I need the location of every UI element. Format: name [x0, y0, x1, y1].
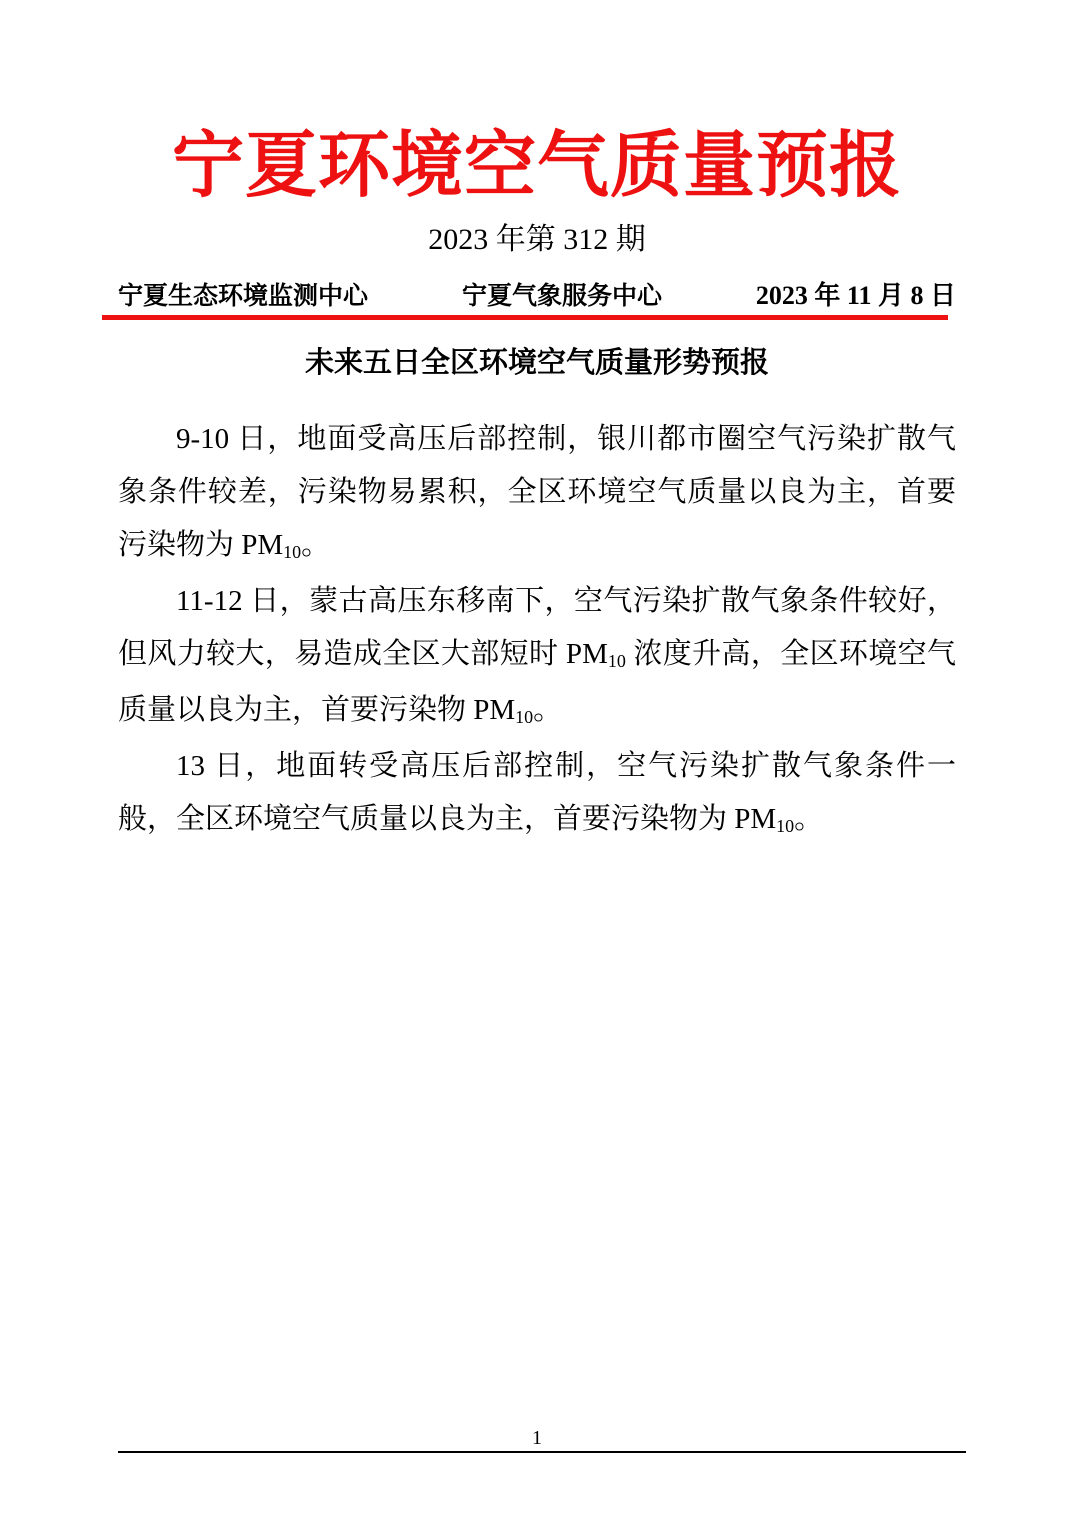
- header-red-rule: [102, 315, 948, 320]
- issue-date: 2023 年 11 月 8 日: [756, 280, 956, 311]
- document-page: 宁夏环境空气质量预报 2023 年第 312 期 宁夏生态环境监测中心 宁夏气象…: [0, 0, 1074, 1520]
- text-run: 。: [301, 529, 330, 561]
- page-number: 1: [0, 1427, 1074, 1449]
- forecast-paragraph-2: 11-12 日，蒙古高压东移南下，空气污染扩散气象条件较好，但风力较大，易造成全…: [118, 575, 956, 740]
- text-run: 。: [533, 694, 562, 726]
- subscript-text: 10: [776, 816, 794, 836]
- org-weather-service-center: 宁夏气象服务中心: [462, 281, 662, 311]
- subscript-text: 10: [515, 707, 533, 727]
- text-run: 13 日，地面转受高压后部控制，空气污染扩散气象条件一般，全区环境空气质量以良为…: [118, 750, 956, 835]
- subscript-text: 10: [283, 542, 301, 562]
- header-org-row: 宁夏生态环境监测中心 宁夏气象服务中心 2023 年 11 月 8 日: [118, 280, 956, 311]
- forecast-paragraph-1: 9-10 日，地面受高压后部控制，银川都市圈空气污染扩散气象条件较差，污染物易累…: [118, 413, 956, 575]
- forecast-paragraph-3: 13 日，地面转受高压后部控制，空气污染扩散气象条件一般，全区环境空气质量以良为…: [118, 740, 956, 849]
- section-title: 未来五日全区环境空气质量形势预报: [0, 346, 1074, 381]
- subscript-text: 10: [608, 651, 626, 671]
- footer-rule: [118, 1451, 966, 1453]
- text-run: 。: [794, 803, 823, 835]
- forecast-body: 9-10 日，地面受高压后部控制，银川都市圈空气污染扩散气象条件较差，污染物易累…: [118, 413, 956, 849]
- issue-number: 2023 年第 312 期: [0, 222, 1074, 258]
- org-monitoring-center: 宁夏生态环境监测中心: [118, 281, 368, 311]
- page-title: 宁夏环境空气质量预报: [0, 128, 1074, 204]
- text-run: 9-10 日，地面受高压后部控制，银川都市圈空气污染扩散气象条件较差，污染物易累…: [118, 423, 956, 561]
